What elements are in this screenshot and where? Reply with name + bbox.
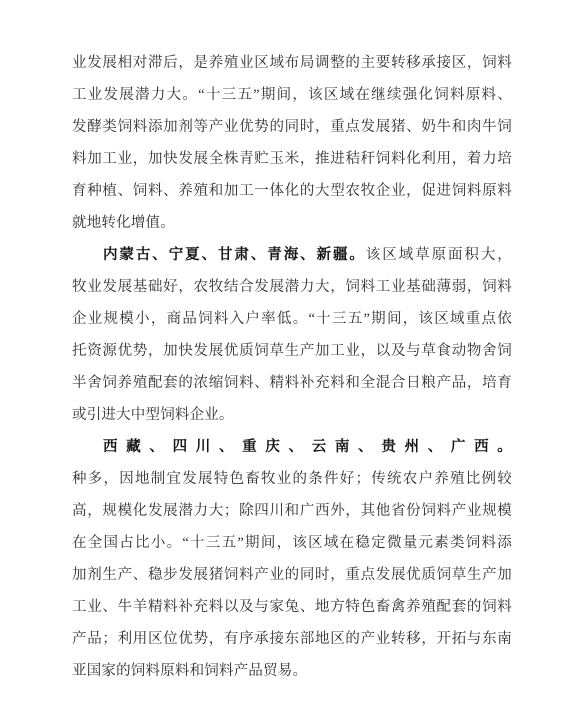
line-text: 育种植、饲料、养殖和加工一体化的大型农牧企业，促进饲料原料 bbox=[72, 183, 512, 199]
text-line: 或引进大中型饲料企业。 bbox=[72, 399, 512, 431]
line-text: 在全国占比小。“十三五”期间，该区域在稳定微量元素类饲料添 bbox=[72, 535, 512, 551]
line-text: 亚国家的饲料原料和饲料产品贸易。 bbox=[72, 663, 307, 679]
text-column: 业发展相对滞后，是养殖业区域布局调整的主要转移承接区，饲料工业发展潜力大。“十三… bbox=[72, 47, 512, 687]
text-line: 半舍饲养殖配套的浓缩饲料、精料补充料和全混合日粮产品，培育 bbox=[72, 367, 512, 399]
line-text: 或引进大中型饲料企业。 bbox=[72, 407, 234, 423]
text-line: 西藏、四川、重庆、云南、贵州、广西。该区域地方特色畜禽品 bbox=[72, 431, 512, 463]
text-line: 内蒙古、宁夏、甘肃、青海、新疆。该区域草原面积大，草食畜 bbox=[72, 239, 512, 271]
text-line: 就地转化增值。 bbox=[72, 207, 512, 239]
line-text: 料加工业，加快发展全株青贮玉米，推进秸秆饲料化利用，着力培 bbox=[72, 151, 512, 167]
line-text: 企业规模小，商品饲料入户率低。“十三五”期间，该区域重点依 bbox=[72, 311, 512, 327]
text-line: 高，规模化发展潜力大；除四川和广西外，其他省份饲料产业规模 bbox=[72, 495, 512, 527]
line-text: 业发展相对滞后，是养殖业区域布局调整的主要转移承接区，饲料 bbox=[72, 55, 512, 71]
line-text: 加剂生产、稳步发展猪饲料产业的同时，重点发展优质饲草生产加 bbox=[72, 567, 512, 583]
line-text: 托资源优势，加快发展优质饲草生产加工业，以及与草食动物舍饲 bbox=[72, 343, 512, 359]
line-text: 就地转化增值。 bbox=[72, 215, 175, 231]
text-line: 加剂生产、稳步发展猪饲料产业的同时，重点发展优质饲草生产加 bbox=[72, 559, 512, 591]
text-line: 发酵类饲料添加剂等产业优势的同时，重点发展猪、奶牛和肉牛饲 bbox=[72, 111, 512, 143]
document-page: 业发展相对滞后，是养殖业区域布局调整的主要转移承接区，饲料工业发展潜力大。“十三… bbox=[0, 0, 585, 716]
line-text: 半舍饲养殖配套的浓缩饲料、精料补充料和全混合日粮产品，培育 bbox=[72, 375, 512, 391]
text-line: 在全国占比小。“十三五”期间，该区域在稳定微量元素类饲料添 bbox=[72, 527, 512, 559]
region-heading: 西藏、四川、重庆、云南、贵州、广西。 bbox=[103, 439, 512, 455]
region-heading: 内蒙古、宁夏、甘肃、青海、新疆。 bbox=[103, 247, 366, 263]
text-line: 托资源优势，加快发展优质饲草生产加工业，以及与草食动物舍饲 bbox=[72, 335, 512, 367]
line-text: 发酵类饲料添加剂等产业优势的同时，重点发展猪、奶牛和肉牛饲 bbox=[72, 119, 512, 135]
text-line: 业发展相对滞后，是养殖业区域布局调整的主要转移承接区，饲料 bbox=[72, 47, 512, 79]
text-line: 工业、牛羊精料补充料以及与家兔、地方特色畜禽养殖配套的饲料 bbox=[72, 591, 512, 623]
text-line: 产品；利用区位优势，有序承接东部地区的产业转移，开拓与东南 bbox=[72, 623, 512, 655]
line-text: 种多，因地制宜发展特色畜牧业的条件好；传统农户养殖比例较 bbox=[72, 471, 512, 487]
line-text: 高，规模化发展潜力大；除四川和广西外，其他省份饲料产业规模 bbox=[72, 503, 512, 519]
text-line: 企业规模小，商品饲料入户率低。“十三五”期间，该区域重点依 bbox=[72, 303, 512, 335]
line-text: 产品；利用区位优势，有序承接东部地区的产业转移，开拓与东南 bbox=[72, 631, 512, 647]
text-line: 育种植、饲料、养殖和加工一体化的大型农牧企业，促进饲料原料 bbox=[72, 175, 512, 207]
text-line: 种多，因地制宜发展特色畜牧业的条件好；传统农户养殖比例较 bbox=[72, 463, 512, 495]
line-text: 牧业发展基础好，农牧结合发展潜力大，饲料工业基础薄弱，饲料 bbox=[72, 279, 512, 295]
text-line: 牧业发展基础好，农牧结合发展潜力大，饲料工业基础薄弱，饲料 bbox=[72, 271, 512, 303]
text-line: 工业发展潜力大。“十三五”期间，该区域在继续强化饲料原料、 bbox=[72, 79, 512, 111]
text-line: 料加工业，加快发展全株青贮玉米，推进秸秆饲料化利用，着力培 bbox=[72, 143, 512, 175]
line-text: 工业、牛羊精料补充料以及与家兔、地方特色畜禽养殖配套的饲料 bbox=[72, 599, 512, 615]
text-line: 亚国家的饲料原料和饲料产品贸易。 bbox=[72, 655, 512, 687]
line-text: 工业发展潜力大。“十三五”期间，该区域在继续强化饲料原料、 bbox=[72, 87, 512, 103]
